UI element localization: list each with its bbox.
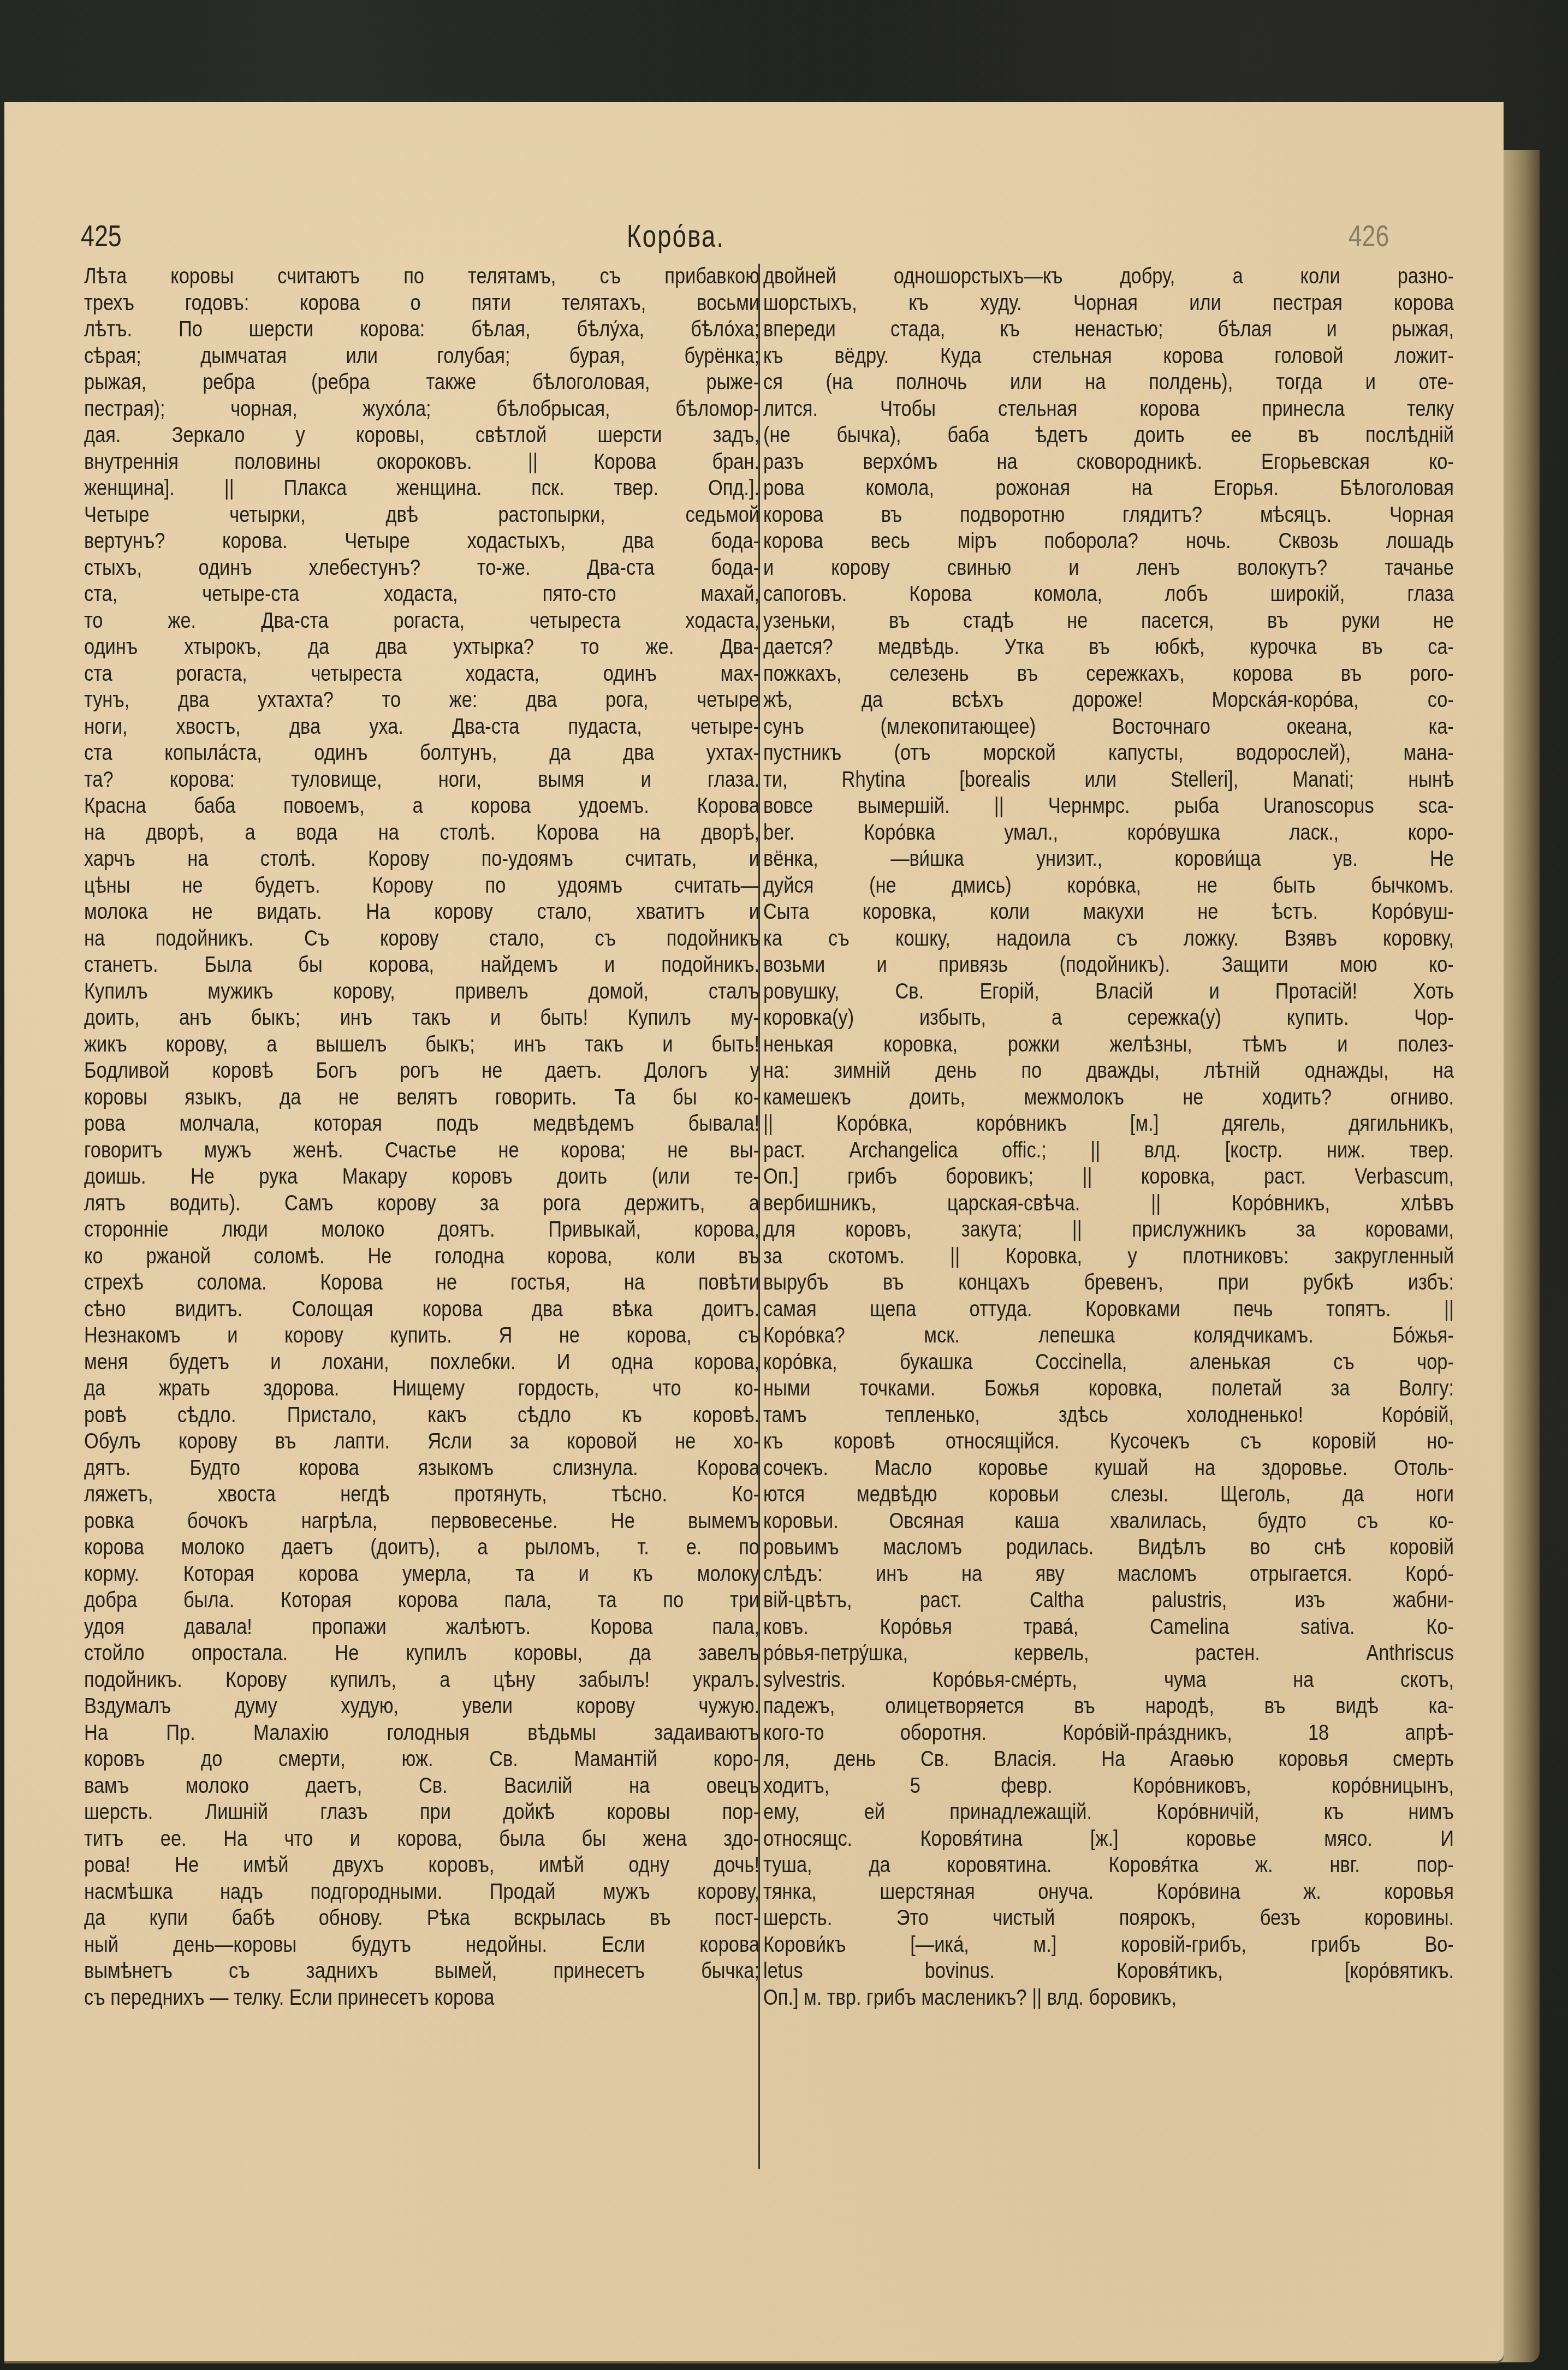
- text-line: вымѣнетъ съ заднихъ вымей, принесетъ быч…: [84, 1958, 759, 1985]
- text-line: женщина]. || Плакса женщина. пск. твер. …: [84, 475, 759, 502]
- text-line: коровъ до смерти, юж. Св. Мамантій коро-: [84, 1746, 759, 1773]
- text-line: падежъ, олицетворяется въ народѣ, въ вид…: [763, 1693, 1454, 1720]
- text-line: Лѣта коровы считаютъ по телятамъ, съ при…: [84, 263, 759, 290]
- text-line: для коровъ, закута; || прислужникъ за ко…: [763, 1216, 1454, 1243]
- text-line: кого-то оборотня. Коро́вій-пра́здникъ, 1…: [763, 1720, 1454, 1747]
- text-line: ходитъ, 5 февр. Коро́вниковъ, коро́вницы…: [763, 1773, 1454, 1799]
- text-line: Сыта коровка, коли макухи не ѣстъ. Коро́…: [763, 899, 1454, 925]
- text-line: дается? медвѣдь. Утка въ юбкѣ, курочка в…: [763, 634, 1454, 661]
- text-line: шорстыхъ, къ худу. Чорная или пестрая ко…: [763, 290, 1454, 317]
- text-line: вертунъ? корова. Четыре ходастыхъ, два б…: [84, 528, 759, 555]
- text-line: тянка, шерстяная онуча. Коро́вина ж. кор…: [763, 1879, 1454, 1905]
- text-line: къ вёдру. Куда стельная корова головой л…: [763, 343, 1454, 370]
- text-line: (не бычка), баба ѣдетъ доить ее въ послѣ…: [763, 422, 1454, 449]
- text-line: ка съ кошку, надоила съ ложку. Взявъ кор…: [763, 925, 1454, 952]
- text-line: цѣны не будетъ. Корову по удоямъ считать…: [84, 872, 759, 899]
- text-line: ста копыла́ста, одинъ болтунъ, да два ух…: [84, 740, 759, 767]
- text-line: двойней одношорстыхъ—къ добру, а коли ра…: [763, 263, 1454, 290]
- text-line: самая щепа оттуда. Коровками печь топятъ…: [763, 1296, 1454, 1323]
- text-line: на дворѣ, а вода на столѣ. Корова на дво…: [84, 819, 759, 846]
- text-line: жикъ корову, а вышелъ быкъ; инъ такъ и б…: [84, 1031, 759, 1058]
- text-line: та? корова: туловище, ноги, вымя и глаза…: [84, 767, 759, 793]
- text-line: тунъ, два ухтахта? то же: два рога, четы…: [84, 687, 759, 714]
- text-line: молока не видать. На корову стало, хвати…: [84, 899, 759, 925]
- text-line: за скотомъ. || Коровка, у плотниковъ: за…: [763, 1243, 1454, 1270]
- text-line: къ коровѣ относящійся. Кусочекъ съ коров…: [763, 1428, 1454, 1455]
- text-line: корова молоко даетъ (доитъ), а рыломъ, т…: [84, 1534, 759, 1561]
- text-line: лятъ водить). Самъ корову за рога держит…: [84, 1190, 759, 1217]
- text-line: ноги, хвостъ, два уха. Два-ста пудаста, …: [84, 714, 759, 740]
- text-line: ко ржаной соломѣ. Не голодна корова, кол…: [84, 1243, 759, 1270]
- text-line: Коро́вка? мск. лепешка колядчикамъ. Бо́ж…: [763, 1322, 1454, 1349]
- text-line: вербишникъ, царская-свѣча. || Коро́вникъ…: [763, 1190, 1454, 1217]
- text-line: коровьи. Овсяная каша хвалилась, будто с…: [763, 1508, 1454, 1535]
- book-page-edges: [1500, 150, 1540, 2362]
- text-line: меня будетъ и лохани, похлебки. И одна к…: [84, 1349, 759, 1376]
- text-line: ста, четыре-ста ходаста, пято-сто махай,: [84, 581, 759, 608]
- text-line: жѣ, да всѣхъ дороже! Морска́я-коро́ва, с…: [763, 687, 1454, 714]
- text-line: дуйся (не дмись) коро́вка, не быть бычко…: [763, 872, 1454, 899]
- text-line: насмѣшка надъ подгородными. Продай мужъ …: [84, 1879, 759, 1905]
- text-line: сѣрая; дымчатая или голубая; бурая, бурё…: [84, 343, 759, 370]
- text-line: трехъ годовъ: корова о пяти телятахъ, во…: [84, 290, 759, 317]
- text-line: стойло опростала. Не купилъ коровы, да з…: [84, 1640, 759, 1667]
- text-line: сѣно видитъ. Солощая корова два вѣка дои…: [84, 1296, 759, 1323]
- text-line: ляжетъ, хвоста негдѣ протянуть, тѣсно. К…: [84, 1481, 759, 1508]
- text-line: Оп.] м. твр. грибъ масленикъ? || влд. бо…: [763, 1985, 1454, 2011]
- text-line: то же. Два-ста рогаста, четыреста ходаст…: [84, 608, 759, 634]
- text-line: || Коро́вка, коро́вникъ [м.] дягель, дяг…: [763, 1110, 1454, 1137]
- text-line: ти, Rhytina [borealis или Stelleri], Man…: [763, 767, 1454, 793]
- text-line: съ переднихъ — телку. Если принесетъ кор…: [84, 1985, 759, 2011]
- text-line: ля, день Св. Власія. На Агаѳью коровья с…: [763, 1746, 1454, 1773]
- text-line: вовсе вымершій. || Чернмрс. рыба Uranosc…: [763, 793, 1454, 819]
- text-line: ются медвѣдю коровьи слезы. Щеголь, да н…: [763, 1481, 1454, 1508]
- text-line: Незнакомъ и корову купить. Я не корова, …: [84, 1322, 759, 1349]
- text-line: на: зимній день по дважды, лѣтній однажд…: [763, 1058, 1454, 1084]
- text-line: letus bovinus. Коровя́тикъ, [коро́вятикъ…: [763, 1958, 1454, 1985]
- text-line: доить, анъ быкъ; инъ такъ и быть! Купилъ…: [84, 1005, 759, 1031]
- text-line: ровка бочокъ нагрѣла, первовесенье. Не в…: [84, 1508, 759, 1535]
- text-line: удоя давала! пропажи жалѣютъ. Корова пал…: [84, 1614, 759, 1641]
- text-line: одинъ хтырокъ, да два ухтырка? то же. Дв…: [84, 634, 759, 661]
- text-line: коровы языкъ, да не велятъ говорить. Та …: [84, 1084, 759, 1111]
- text-line: сапоговъ. Корова комола, лобъ широкій, г…: [763, 581, 1454, 608]
- text-line: возьми и привязь (подойникъ). Защити мою…: [763, 952, 1454, 978]
- text-line: рова молчала, которая подъ медвѣдемъ быв…: [84, 1110, 759, 1137]
- text-line: ровушку, Св. Егорій, Власій и Протасій! …: [763, 978, 1454, 1005]
- text-line: вамъ молоко даетъ, Св. Василій на овецъ: [84, 1773, 759, 1799]
- page-header: 425 Коро́ва. 426: [81, 218, 1454, 256]
- text-line: рыжая, ребра (ребра также бѣлоголовая, р…: [84, 369, 759, 396]
- text-line: харчъ на столѣ. Корову по-удоямъ считать…: [84, 846, 759, 872]
- text-line: да жрать здорова. Нищему гордость, что к…: [84, 1375, 759, 1402]
- text-line: титъ ее. На что и корова, была бы жена з…: [84, 1826, 759, 1852]
- text-line: ковъ. Коро́вья трава́, Camelina sativa. …: [763, 1614, 1454, 1641]
- text-line: ровѣ сѣдло. Пристало, какъ сѣдло къ коро…: [84, 1402, 759, 1429]
- text-line: сунъ (млекопитающее) Восточнаго океана, …: [763, 714, 1454, 740]
- text-line: вёнка, —ви́шка унизит., корови́ща ув. Не: [763, 846, 1454, 872]
- text-line: рова комола, рожоная на Егорья. Бѣлоголо…: [763, 475, 1454, 502]
- text-line: лѣтъ. По шерсти корова: бѣлая, бѣлу́ха, …: [84, 316, 759, 343]
- text-line: сочекъ. Масло коровье кушай на здоровье.…: [763, 1455, 1454, 1482]
- text-line: стрехѣ солома. Корова не гостья, на повѣ…: [84, 1269, 759, 1296]
- text-line: рова! Не имѣй двухъ коровъ, имѣй одну до…: [84, 1852, 759, 1879]
- text-line: корова въ подворотню глядитъ? мѣсяцъ. Чо…: [763, 502, 1454, 528]
- text-line: станетъ. Была бы корова, найдемъ и подой…: [84, 952, 759, 978]
- text-line: ста рогаста, четыреста ходаста, одинъ ма…: [84, 661, 759, 687]
- text-line: узеньки, въ стадѣ не пасется, въ руки не: [763, 608, 1454, 634]
- column-divider: [758, 264, 760, 2169]
- text-line: добра была. Которая корова пала, та по т…: [84, 1587, 759, 1614]
- text-line: камешекъ доить, межмолокъ не ходить? огн…: [763, 1084, 1454, 1111]
- text-line: впереди стада, къ ненастью; бѣлая и рыжа…: [763, 316, 1454, 343]
- text-line: доишь. Не рука Макару коровъ доить (или …: [84, 1163, 759, 1190]
- text-line: туша, да коровятина. Коровя́тка ж. нвг. …: [763, 1852, 1454, 1879]
- text-line: ся (на полночь или на полдень), тогда и …: [763, 369, 1454, 396]
- text-line: Бодливой коровѣ Богъ рогъ не даетъ. Доло…: [84, 1058, 759, 1084]
- text-line: шерсть. Это чистый поярокъ, безъ коровин…: [763, 1905, 1454, 1932]
- text-line: ный день—коровы будутъ недойны. Если кор…: [84, 1932, 759, 1958]
- text-line: дятъ. Будто корова языкомъ слизнула. Кор…: [84, 1455, 759, 1482]
- text-line: На Пр. Малахію голодныя вѣдьмы задаивают…: [84, 1720, 759, 1747]
- text-line: Четыре четырки, двѣ растопырки, седьмой: [84, 502, 759, 528]
- text-line: корму. Которая корова умерла, та и къ мо…: [84, 1561, 759, 1588]
- text-column-right: двойней одношорстыхъ—къ добру, а коли ра…: [763, 263, 1456, 2011]
- text-line: ненькая коровка, рожки желѣзны, тѣмъ и п…: [763, 1031, 1454, 1058]
- text-line: тамъ тепленько, здѣсь холодненько! Коро́…: [763, 1402, 1454, 1429]
- text-line: ро́вья-петру́шка, кервель, растен. Anthr…: [763, 1640, 1454, 1667]
- text-line: разъ верхо́мъ на сковородникѣ. Егорьевск…: [763, 449, 1454, 476]
- text-line: ными точками. Божья коровка, полетай за …: [763, 1375, 1454, 1402]
- text-line: дая. Зеркало у коровы, свѣтлой шерсти за…: [84, 422, 759, 449]
- text-line: да купи бабѣ обнову. Рѣка вскрылась въ п…: [84, 1905, 759, 1932]
- text-line: подойникъ. Корову купилъ, а цѣну забылъ!…: [84, 1667, 759, 1694]
- text-line: слѣдъ: инъ на яву масломъ отрыгается. Ко…: [763, 1561, 1454, 1588]
- text-line: Корови́къ [—ика́, м.] коровій-грибъ, гри…: [763, 1932, 1454, 1958]
- text-line: относящс. Коровя́тина [ж.] коровье мясо.…: [763, 1826, 1454, 1852]
- text-line: ber. Коро́вка умал., коро́вушка ласк., к…: [763, 819, 1454, 846]
- text-line: коровка(у) избыть, а сережка(у) купить. …: [763, 1005, 1454, 1031]
- text-line: вій-цвѣтъ, раст. Caltha palustris, изъ ж…: [763, 1587, 1454, 1614]
- text-line: корова весь міръ поборола? ночь. Сквозь …: [763, 528, 1454, 555]
- text-line: ровьимъ масломъ родилась. Видѣлъ во снѣ …: [763, 1534, 1454, 1561]
- text-line: внутреннія половины окороковъ. || Корова…: [84, 449, 759, 476]
- text-line: пестрая); чорная, жухо́ла; бѣлобрысая, б…: [84, 396, 759, 423]
- text-line: сторонніе люди молоко доятъ. Привыкай, к…: [84, 1216, 759, 1243]
- text-line: Обулъ корову въ лапти. Ясли за коровой н…: [84, 1428, 759, 1455]
- text-line: лится. Чтобы стельная корова принесла те…: [763, 396, 1454, 423]
- book-page: 425 Коро́ва. 426 Лѣта коровы считаютъ по…: [4, 102, 1504, 2361]
- text-line: ему, ей принадлежащій. Коро́вничій, къ н…: [763, 1799, 1454, 1826]
- text-line: раст. Archangelica offic.; || влд. [кост…: [763, 1137, 1454, 1164]
- text-column-left: Лѣта коровы считаютъ по телятамъ, съ при…: [84, 263, 761, 2011]
- text-line: говоритъ мужъ женѣ. Счастье не корова; н…: [84, 1137, 759, 1164]
- text-line: Красна баба повоемъ, а корова удоемъ. Ко…: [84, 793, 759, 819]
- text-line: шерсть. Лишній глазъ при дойкѣ коровы по…: [84, 1799, 759, 1826]
- text-line: Оп.] грибъ боровикъ; || коровка, раст. V…: [763, 1163, 1454, 1190]
- text-line: коро́вка, букашка Coccinella, аленькая с…: [763, 1349, 1454, 1376]
- text-line: на подойникъ. Съ корову стало, съ подойн…: [84, 925, 759, 952]
- page-number-left: 425: [81, 218, 122, 253]
- running-title: Коро́ва.: [627, 218, 724, 254]
- text-line: Вздумалъ думу худую, увели корову чужую.: [84, 1693, 759, 1720]
- text-line: Купилъ мужикъ корову, привелъ домой, ста…: [84, 978, 759, 1005]
- text-line: пожкахъ, селезень въ сережкахъ, корова в…: [763, 661, 1454, 687]
- text-line: sylvestris. Коро́вья-сме́рть, чума на ск…: [763, 1667, 1454, 1694]
- text-line: пустникъ (отъ морской капусты, водоросле…: [763, 740, 1454, 767]
- text-line: стыхъ, одинъ хлебестунъ? то-же. Два-ста …: [84, 555, 759, 581]
- page-number-right: 426: [1348, 218, 1389, 253]
- text-line: вырубъ въ концахъ бревенъ, при рубкѣ изб…: [763, 1269, 1454, 1296]
- text-line: и корову свинью и ленъ волокутъ? тачанье: [763, 555, 1454, 581]
